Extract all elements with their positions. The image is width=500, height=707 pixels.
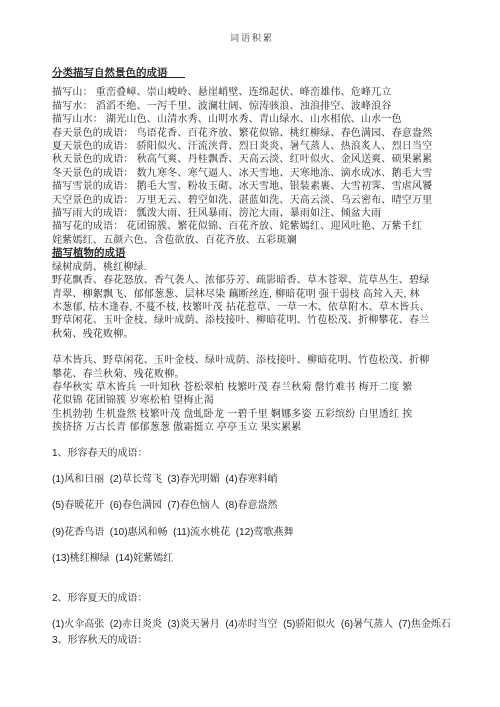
text-line: 木葱郁, 枯木逢春, 不蔓不枝, 枝繁叶茂 拈花惹草、一草一木、依草附木、草木皆…: [52, 301, 452, 314]
text-line: 描写雪景的成语： 鹅毛大雪、粉妆玉砌、冰天雪地、银装素裹、大雪初霁、雪虐风饕: [52, 180, 452, 193]
section-natural-scenery: 分类描写自然景色的成语 描写山： 重峦叠嶂、崇山峻岭、悬崖峭壁、连绵起伏、峰峦雄…: [52, 67, 452, 247]
text-line: 夏天景色的成语： 骄阳似火、汗流浃背、烈日炎炎、暑气蒸人、热浪炙人、烈日当空: [52, 140, 452, 153]
text-line: 花似锦 花团锦簇 岁寒松柏 望梅止渴: [52, 394, 452, 407]
text-line: 绿树成荫、桃红柳绿.: [52, 261, 452, 274]
section-heading-plants: 描写植物的成语: [52, 247, 452, 260]
text-line: 生机勃勃 生机盎然 枝繁叶茂 盘虬卧龙 一碧千里 婀娜多姿 五彩缤纷 白里透红 …: [52, 408, 452, 421]
plants-paragraph-1: 绿树成荫、桃红柳绿. 野花飘香、春花怒放、香气袭人、浓郁芬芳、疏影暗香、草木苍翠…: [52, 261, 452, 341]
numbered-list-area: 1、形容春天的成语： (1)风和日丽 (2)草长莺飞 (3)春光明媚 (4)春寒…: [52, 447, 452, 648]
list-line: (5)春暖花开 (6)春色满园 (7)春色恼人 (8)春意盎然: [52, 499, 452, 512]
list-line: (9)花香鸟语 (10)惠风和畅 (11)流水桃花 (12)莺歌燕舞: [52, 526, 452, 539]
text-line: 描写山水： 湖光山色、山清水秀、山明水秀、青山绿水、山水相依、山水一色: [52, 113, 452, 126]
document-title: 词语积累: [52, 32, 452, 45]
text-line: 描写花的成语： 花团锦簇、繁花似锦、百花齐放、姹紫嫣红、迎风吐艳、万紫千红: [52, 220, 452, 233]
text-line: 野花飘香、春花怒放、香气袭人、浓郁芬芳、疏影暗香、草木苍翠、荒草丛生、碧绿: [52, 274, 452, 287]
text-line: 春天景色的成语： 鸟语花香、百花齐放、繁花似锦、桃红柳绿、春色满园、春意盎然: [52, 127, 452, 140]
text-line: 冬天景色的成语： 数九寒冬、寒气逼人、冰天雪地、天寒地冻、滴水成冰、鹅毛大雪: [52, 167, 452, 180]
list-heading-summer: 2、形容夏天的成语：: [52, 592, 452, 605]
document-page: 词语积累 分类描写自然景色的成语 描写山： 重峦叠嶂、崇山峻岭、悬崖峭壁、连绵起…: [0, 0, 500, 707]
list-heading-spring: 1、形容春天的成语：: [52, 447, 452, 460]
list-heading-autumn: 3、形容秋天的成语：: [52, 634, 452, 647]
text-line: 姹紫嫣红、五颜六色、含苞欲放、百花齐放、五彩斑斓: [52, 234, 452, 247]
section-plants: 描写植物的成语 绿树成荫、桃红柳绿. 野花飘香、春花怒放、香气袭人、浓郁芬芳、疏…: [52, 247, 452, 434]
text-line: 攀花、春兰秋菊、残花败柳。: [52, 368, 452, 381]
section-heading-natural: 分类描写自然景色的成语: [52, 67, 452, 80]
text-line: 秋天景色的成语： 秋高气爽、丹桂飘香、天高云淡、红叶似火、金风送爽、硕果累累: [52, 153, 452, 166]
list-line: (13)桃红柳绿 (14)姹紫嫣红: [52, 552, 452, 565]
text-line: 描写雨大的成语： 瓢泼大雨、狂风暴雨、滂沱大雨、暴雨如注、倾盆大雨: [52, 207, 452, 220]
text-line: 草木皆兵、野草闲花、玉叶金枝、绿叶成荫、添枝接叶、柳暗花明、竹苞松茂、折柳: [52, 354, 452, 367]
list-line: (1)火伞高张 (2)赤日炎炎 (3)炎天暑月 (4)赤时当空 (5)骄阳似火 …: [52, 618, 452, 631]
text-line: 挨挤挤 万古长青 郁郁葱葱 傲霜挺立 亭亭玉立 果实累累: [52, 421, 452, 434]
list-line: (1)风和日丽 (2)草长莺飞 (3)春光明媚 (4)春寒料峭: [52, 473, 452, 486]
text-line: 秋菊、残花败柳。: [52, 328, 452, 341]
text-line: 春华秋实 草木皆兵 一叶知秋 苍松翠柏 枝繁叶茂 春兰秋菊 罄竹难书 梅开二度 …: [52, 381, 452, 394]
text-line: 青翠、柳絮飘飞、郁郁葱葱、层林尽染 藕断丝连, 柳暗花明 强干弱枝 高耸入天, …: [52, 288, 452, 301]
text-line: 描写山： 重峦叠嶂、崇山峻岭、悬崖峭壁、连绵起伏、峰峦雄伟、危峰兀立: [52, 86, 452, 99]
plants-paragraph-2: 草木皆兵、野草闲花、玉叶金枝、绿叶成荫、添枝接叶、柳暗花明、竹苞松茂、折柳 攀花…: [52, 354, 452, 434]
text-line: 野草闲花、玉叶金枝、绿叶成荫、添枝接叶、柳暗花明、竹苞松茂、折柳攀花、春兰: [52, 314, 452, 327]
text-line: 描写水： 滔滔不绝、一泻千里、波澜壮阔、惊涛骇浪、浊浪排空、波峰浪谷: [52, 100, 452, 113]
text-line: 天空景色的成语： 万里无云、碧空如洗、湛蓝如洗、天高云淡、乌云密布、晴空万里: [52, 194, 452, 207]
